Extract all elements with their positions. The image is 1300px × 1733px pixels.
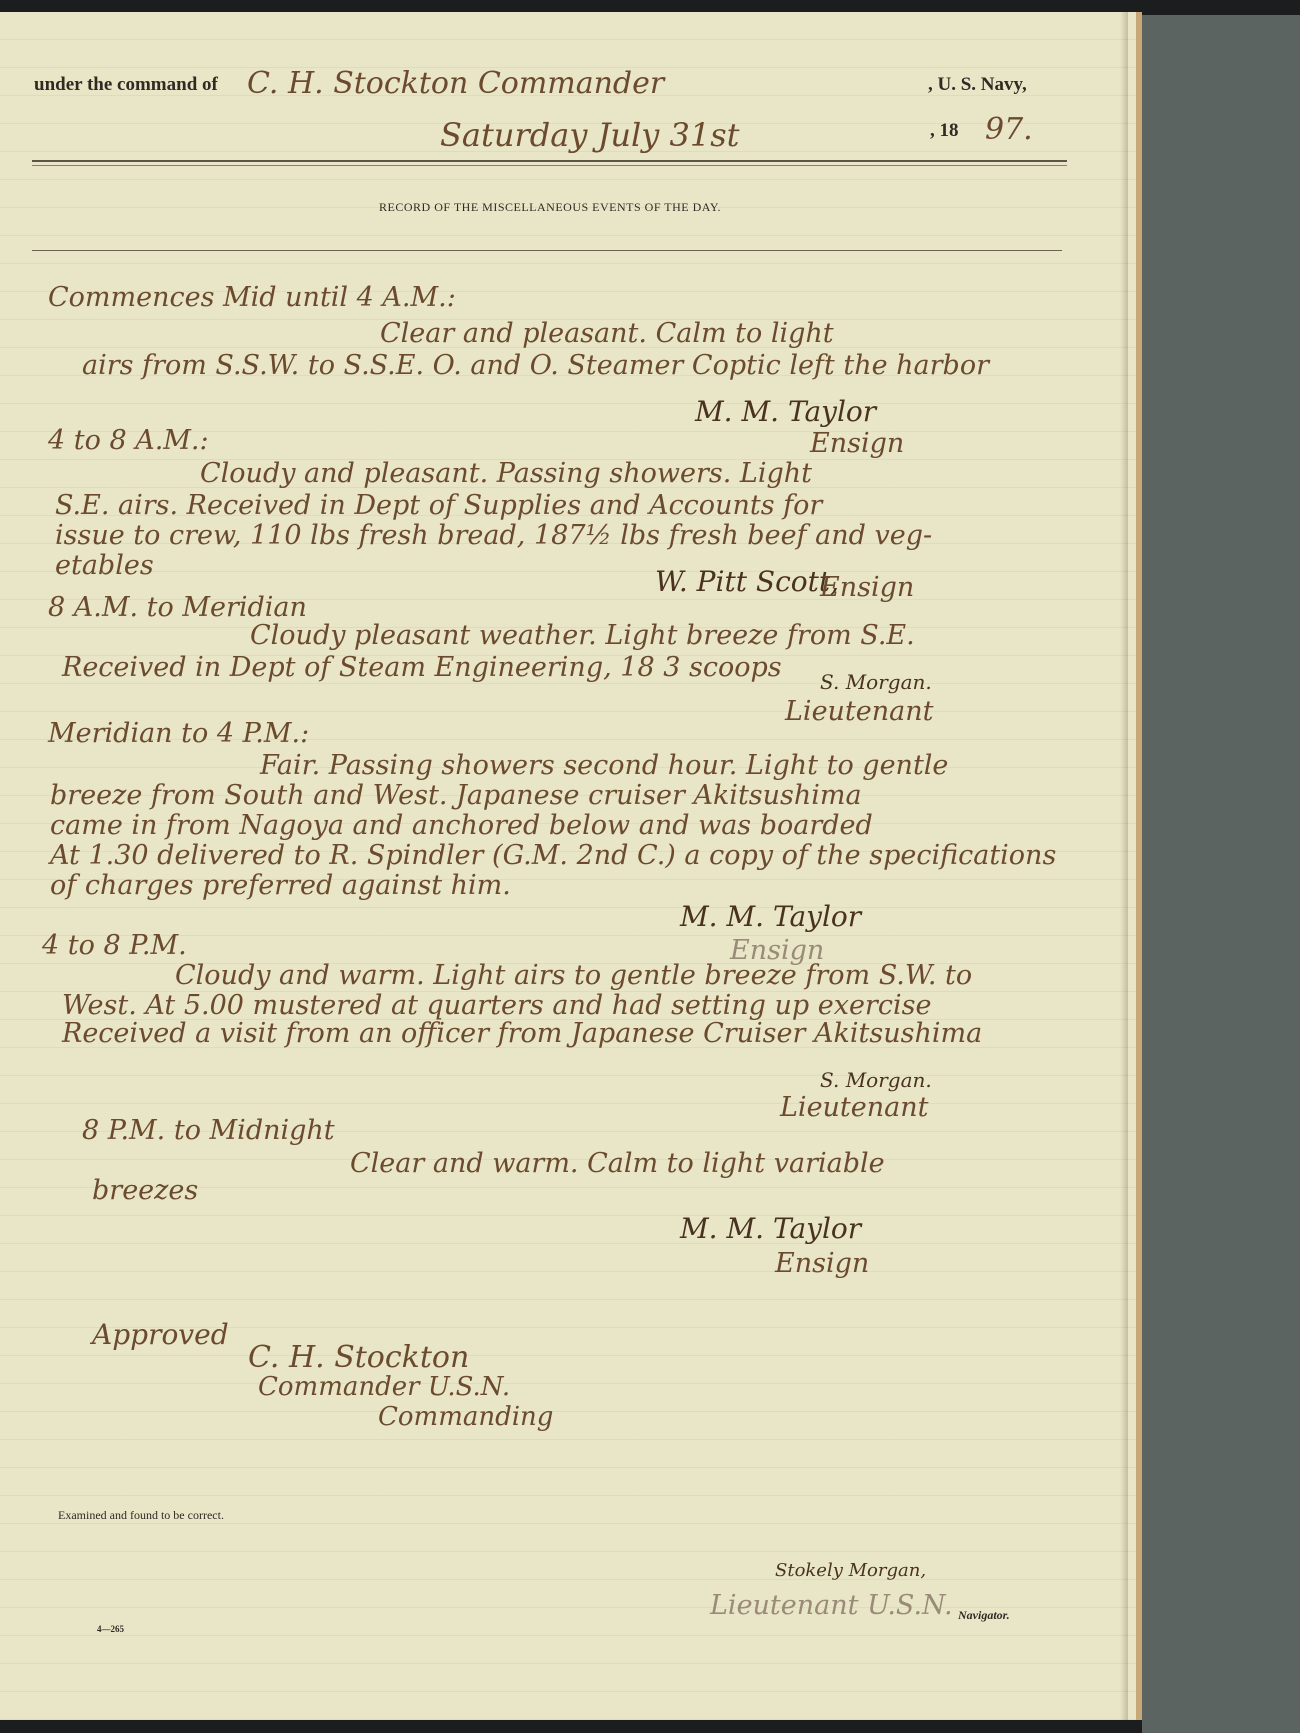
officer-signature: W. Pitt Scott,: [655, 565, 839, 598]
log-date: Saturday July 31st: [440, 116, 740, 154]
header-divider: [32, 160, 1067, 166]
watch-line: issue to crew, 110 lbs fresh bread, 187½…: [55, 520, 932, 551]
officer-title: Ensign: [775, 1248, 869, 1279]
commander-name: C. H. Stockton Commander: [247, 66, 664, 101]
watch-line: breeze from South and West. Japanese cru…: [50, 780, 862, 811]
watch-line: Cloudy pleasant weather. Light breeze fr…: [250, 620, 915, 651]
watch-line: West. At 5.00 mustered at quarters and h…: [62, 990, 931, 1021]
watch-heading: 8 A.M. to Meridian: [48, 592, 307, 623]
watch-line: Received a visit from an officer from Ja…: [62, 1018, 982, 1049]
watch-line: S.E. airs. Received in Dept of Supplies …: [55, 490, 822, 521]
watch-line: breezes: [92, 1175, 198, 1206]
officer-title: Ensign: [820, 572, 914, 603]
service-suffix: , U. S. Navy,: [928, 74, 1027, 96]
commander-rank: Commander U.S.N.: [258, 1372, 510, 1402]
watch-heading: 4 to 8 A.M.:: [48, 425, 209, 456]
watch-line: Fair. Passing showers second hour. Light…: [260, 750, 948, 781]
watch-line: of charges preferred against him.: [50, 870, 511, 901]
officer-signature: M. M. Taylor: [680, 1212, 861, 1245]
officer-signature: S. Morgan.: [820, 1068, 932, 1092]
navigator-signature: Stokely Morgan,: [775, 1560, 926, 1581]
officer-title: Lieutenant: [780, 1092, 929, 1123]
examined-label: Examined and found to be correct.: [58, 1508, 224, 1523]
watch-line: Clear and warm. Calm to light variable: [350, 1148, 885, 1179]
record-title: RECORD OF THE MISCELLANEOUS EVENTS OF TH…: [0, 200, 1100, 215]
watch-line: airs from S.S.W. to S.S.E. O. and O. Ste…: [82, 350, 989, 381]
book-cover-backdrop: [1142, 15, 1300, 1733]
watch-line: Cloudy and warm. Light airs to gentle br…: [175, 960, 972, 991]
watch-line: Cloudy and pleasant. Passing showers. Li…: [200, 458, 812, 489]
year-suffix: 97.: [985, 112, 1033, 147]
watch-line: etables: [55, 550, 154, 581]
title-divider: [32, 250, 1062, 251]
officer-signature: S. Morgan.: [820, 670, 932, 694]
watch-heading: Commences Mid until 4 A.M.:: [48, 282, 456, 313]
watch-heading: 4 to 8 P.M.: [42, 930, 187, 961]
watch-line: Clear and pleasant. Calm to light: [380, 318, 834, 349]
approved-label: Approved: [92, 1318, 229, 1351]
watch-line: Received in Dept of Steam Engineering, 1…: [62, 652, 782, 683]
watch-line: came in from Nagoya and anchored below a…: [50, 810, 873, 841]
commander-signature: C. H. Stockton: [248, 1340, 469, 1375]
watch-line: At 1.30 delivered to R. Spindler (G.M. 2…: [50, 840, 1056, 871]
command-label: under the command of: [34, 74, 218, 96]
officer-signature: M. M. Taylor: [680, 900, 861, 933]
officer-title: Lieutenant: [785, 696, 934, 727]
watch-heading: Meridian to 4 P.M.:: [48, 718, 309, 749]
page-edge-shadow: [1120, 12, 1128, 1720]
officer-signature: M. M. Taylor: [695, 395, 876, 428]
commander-role: Commanding: [378, 1402, 553, 1432]
watch-heading: 8 P.M. to Midnight: [82, 1115, 335, 1146]
form-number: 4—265: [97, 1624, 124, 1634]
navigator-rank: Lieutenant U.S.N.: [710, 1590, 953, 1621]
officer-title: Ensign: [810, 428, 904, 459]
year-prefix: , 18: [930, 120, 959, 142]
navigator-label: Navigator.: [958, 1608, 1010, 1623]
